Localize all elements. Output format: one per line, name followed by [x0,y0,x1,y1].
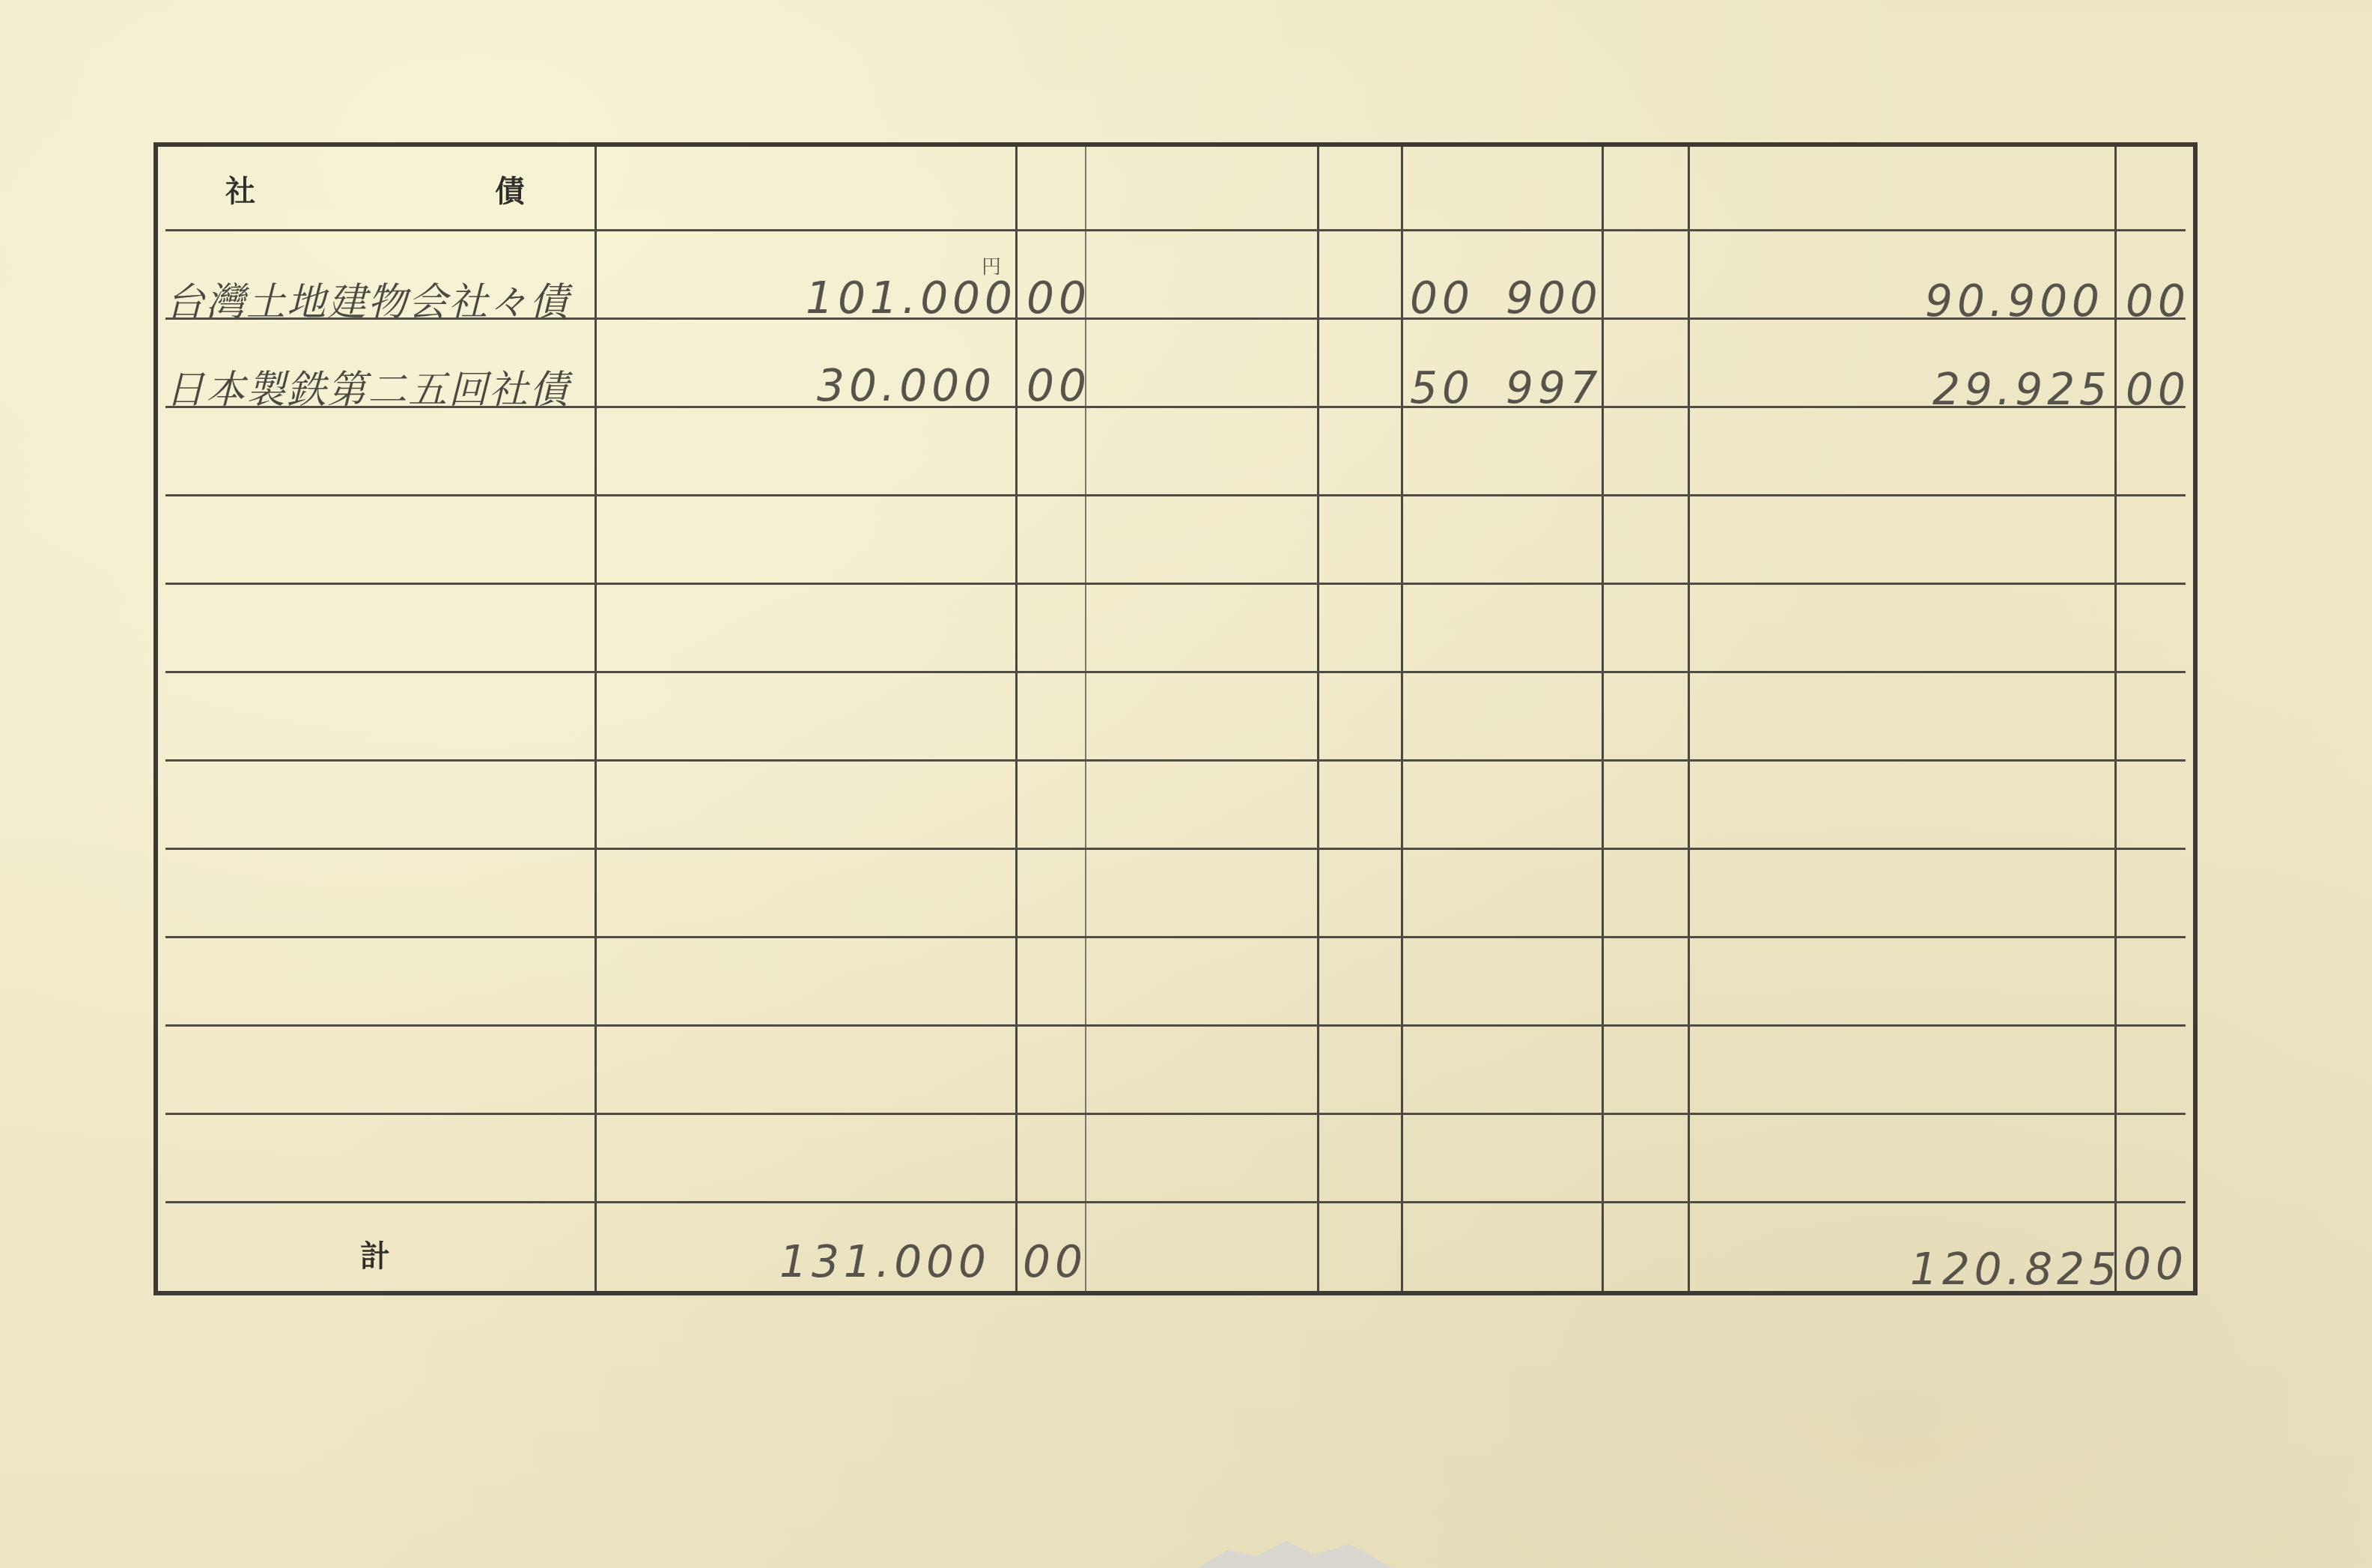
amount-face: 30.000 [817,360,996,411]
amount-face-sen: 00 [1027,360,1091,411]
ledger-table: 社 債 台灣土地建物会社々債 101.000 円 00 900 00 90.90… [153,142,2198,1295]
amount-face-sen: 00 [1027,273,1091,323]
bond-name: 日本製鉄第二五回社債 [165,358,570,414]
row-divider [165,1201,2186,1203]
row-divider [165,494,2186,496]
row-divider [165,1024,2186,1027]
row-divider [165,583,2186,585]
amount-face: 101.000 [806,273,1017,323]
paper-tear [1198,1538,1393,1568]
amount-discount-sen: 00 [1410,273,1474,323]
amount-discount-sen: 50 [1410,362,1474,413]
header-char-sai: 債 [495,168,525,210]
header-char-sha: 社 [225,168,255,210]
row-divider [165,671,2186,673]
amount-discount: 997 [1506,362,1602,413]
amount-book-sen: 00 [2126,276,2190,326]
amount-book: 29.925 [1932,364,2111,415]
row-divider [165,759,2186,762]
row-divider [165,1113,2186,1115]
total-label: 計 [360,1233,390,1275]
row-divider [165,936,2186,938]
yen-unit-mark: 円 [982,252,1001,279]
amount-book-sen: 00 [2126,364,2190,415]
bond-name: 台灣土地建物会社々債 [165,270,570,326]
row-divider [165,848,2186,850]
amount-book: 90.900 [1925,276,2104,326]
total-face-sen: 00 [1023,1236,1087,1287]
amount-discount: 900 [1506,273,1602,323]
total-face: 131.000 [779,1236,991,1287]
total-book-sen: 00 [2123,1239,2188,1289]
total-book: 120.825 [1910,1244,2121,1295]
row-divider [165,229,2186,231]
